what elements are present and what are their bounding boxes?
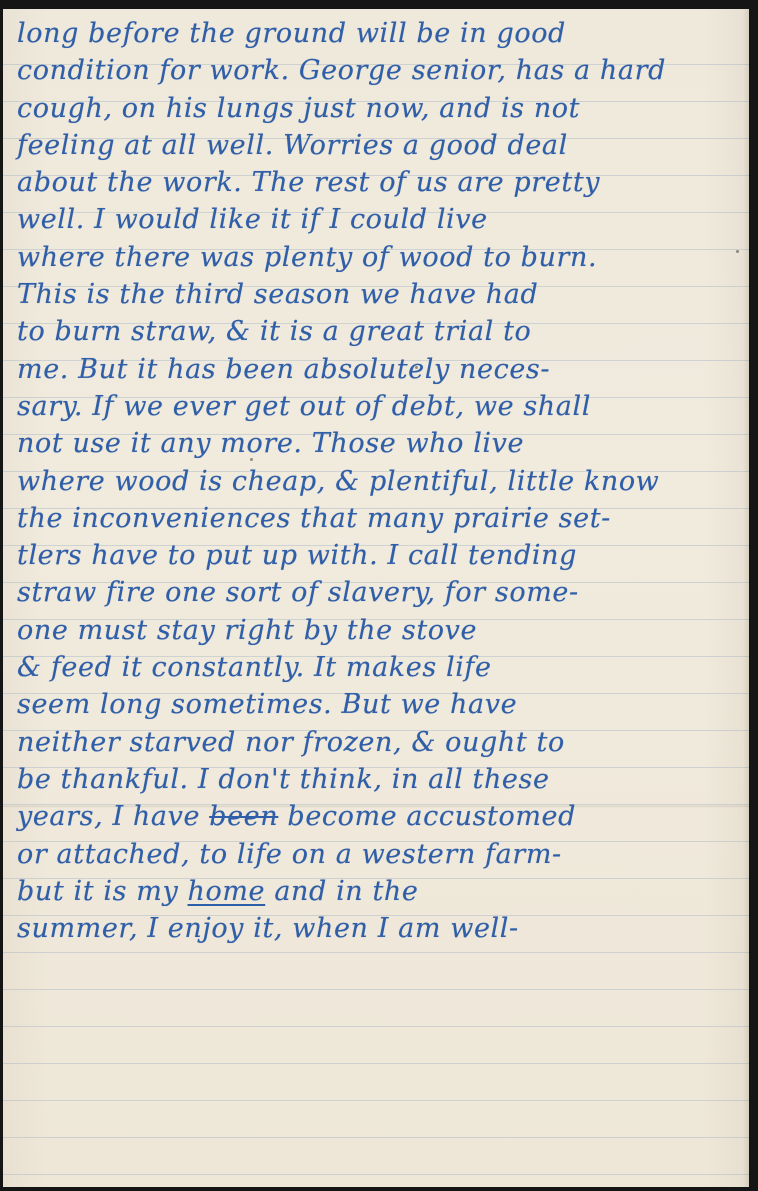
text-segment: but it is my (17, 876, 188, 907)
text-line: be thankful. I don't think, in all these (17, 761, 747, 798)
text-line: summer, I enjoy it, when I am well- (17, 910, 747, 947)
text-segment: and in the (265, 876, 418, 907)
handwritten-text: long before the ground will be in good c… (17, 15, 747, 947)
text-line: straw fire one sort of slavery, for some… (17, 574, 747, 611)
text-line: cough, on his lungs just now, and is not (17, 90, 747, 127)
text-line: the inconveniences that many prairie set… (17, 500, 747, 537)
text-line: not use it any more. Those who live (17, 425, 747, 462)
scanned-page: long before the ground will be in good c… (0, 0, 758, 1191)
letter-paper: long before the ground will be in good c… (3, 9, 749, 1187)
struck-word: been (209, 801, 278, 832)
text-line: seem long sometimes. But we have (17, 686, 747, 723)
text-line: neither starved nor frozen, & ought to (17, 724, 747, 761)
text-line: well. I would like it if I could live (17, 201, 747, 238)
text-line: me. But it has been absolutely neces- (17, 351, 747, 388)
text-line-with-strikethrough: years, I have been become accustomed (17, 798, 747, 835)
text-line: about the work. The rest of us are prett… (17, 164, 747, 201)
text-segment: years, I have (17, 801, 209, 832)
text-line: feeling at all well. Worries a good deal (17, 127, 747, 164)
text-line: tlers have to put up with. I call tendin… (17, 537, 747, 574)
text-line: one must stay right by the stove (17, 612, 747, 649)
text-line: or attached, to life on a western farm- (17, 836, 747, 873)
text-line: long before the ground will be in good (17, 15, 747, 52)
underlined-word: home (188, 876, 266, 907)
text-segment: become accustomed (278, 801, 576, 832)
text-line: condition for work. George senior, has a… (17, 52, 747, 89)
text-line: where wood is cheap, & plentiful, little… (17, 463, 747, 500)
text-line-with-underline: but it is my home and in the (17, 873, 747, 910)
text-line: & feed it constantly. It makes life (17, 649, 747, 686)
text-line: sary. If we ever get out of debt, we sha… (17, 388, 747, 425)
text-line: This is the third season we have had (17, 276, 747, 313)
text-line: where there was plenty of wood to burn. (17, 239, 747, 276)
text-line: to burn straw, & it is a great trial to (17, 313, 747, 350)
